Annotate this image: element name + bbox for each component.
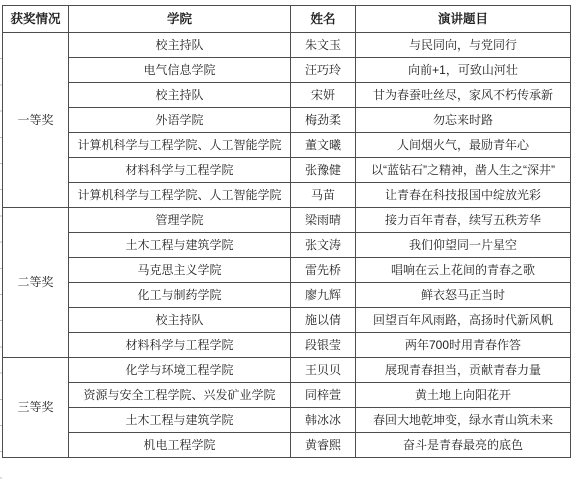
name-cell: 雷先桥 [291,258,356,283]
table-row: 材料科学与工程学院 段银莹 两年700时用青春作答 [3,333,571,358]
college-cell: 土木工程与建筑学院 [69,233,291,258]
name-cell: 朱文玉 [291,33,356,58]
table-row: 三等奖 化学与环境工程学院 王贝贝 展现青春担当，贡献青春力量 [3,358,571,383]
name-cell: 黄睿熙 [291,433,356,458]
college-cell: 材料科学与工程学院 [69,333,291,358]
header-cell-award: 获奖情况 [3,6,69,33]
topic-cell: 人间烟火气，最励青年心 [356,133,571,158]
topic-cell: 与民同向，与党同行 [356,33,571,58]
name-cell: 张文涛 [291,233,356,258]
table-row: 外语学院 梅劲柔 勿忘来时路 [3,108,571,133]
table-row: 土木工程与建筑学院 韩冰冰 春回大地乾坤变，绿水青山筑未来 [3,408,571,433]
table-row: 材料科学与工程学院 张豫健 以“蓝钻石”之精神，凿人生之“深井” [3,158,571,183]
name-cell: 张豫健 [291,158,356,183]
college-cell: 校主持队 [69,308,291,333]
topic-cell: 春回大地乾坤变，绿水青山筑未来 [356,408,571,433]
table-row: 电气信息学院 汪巧玲 向前+1，可致山河壮 [3,58,571,83]
award-results-table: 获奖情况 学院 姓名 演讲题目 一等奖 校主持队 朱文玉 与民同向，与党同行 电… [2,5,571,458]
name-cell: 段银莹 [291,333,356,358]
topic-cell: 接力百年青春，续写五秩芳华 [356,208,571,233]
header-cell-name: 姓名 [291,6,356,33]
name-cell: 宋妍 [291,83,356,108]
college-cell: 校主持队 [69,33,291,58]
header-row: 获奖情况 学院 姓名 演讲题目 [3,6,571,33]
college-cell: 资源与安全工程学院、兴发矿业学院 [69,383,291,408]
table-row: 校主持队 宋妍 甘为春蚕吐丝尽，家风不朽传承新 [3,83,571,108]
college-cell: 外语学院 [69,108,291,133]
topic-cell: 黄土地上向阳花开 [356,383,571,408]
topic-cell: 以“蓝钻石”之精神，凿人生之“深井” [356,158,571,183]
college-cell: 土木工程与建筑学院 [69,408,291,433]
topic-cell: 唱响在云上花间的青春之歌 [356,258,571,283]
name-cell: 汪巧玲 [291,58,356,83]
name-cell: 梅劲柔 [291,108,356,133]
college-cell: 计算机科学与工程学院、人工智能学院 [69,183,291,208]
college-cell: 计算机科学与工程学院、人工智能学院 [69,133,291,158]
name-cell: 韩冰冰 [291,408,356,433]
topic-cell: 勿忘来时路 [356,108,571,133]
table-row: 资源与安全工程学院、兴发矿业学院 同梓萱 黄土地上向阳花开 [3,383,571,408]
award-tier-cell-second: 二等奖 [3,208,69,358]
college-cell: 材料科学与工程学院 [69,158,291,183]
topic-cell: 展现青春担当，贡献青春力量 [356,358,571,383]
name-cell: 同梓萱 [291,383,356,408]
table-row: 土木工程与建筑学院 张文涛 我们仰望同一片星空 [3,233,571,258]
name-cell: 王贝贝 [291,358,356,383]
table-row: 校主持队 施以倩 回望百年风雨路，高扬时代新风帆 [3,308,571,333]
name-cell: 施以倩 [291,308,356,333]
topic-cell: 让青春在科技报国中绽放光彩 [356,183,571,208]
name-cell: 梁雨晴 [291,208,356,233]
award-tier-cell-third: 三等奖 [3,358,69,458]
spreadsheet-region: 获奖情况 学院 姓名 演讲题目 一等奖 校主持队 朱文玉 与民同向，与党同行 电… [0,0,576,484]
header-cell-topic: 演讲题目 [356,6,571,33]
table-row: 马克思主义学院 雷先桥 唱响在云上花间的青春之歌 [3,258,571,283]
college-cell: 化工与制药学院 [69,283,291,308]
name-cell: 董文曦 [291,133,356,158]
table-row: 一等奖 校主持队 朱文玉 与民同向，与党同行 [3,33,571,58]
topic-cell: 向前+1，可致山河壮 [356,58,571,83]
topic-cell: 回望百年风雨路，高扬时代新风帆 [356,308,571,333]
table-row: 二等奖 管理学院 梁雨晴 接力百年青春，续写五秩芳华 [3,208,571,233]
table-row: 计算机科学与工程学院、人工智能学院 马苗 让青春在科技报国中绽放光彩 [3,183,571,208]
topic-cell: 奋斗是青春最亮的底色 [356,433,571,458]
table-row: 机电工程学院 黄睿熙 奋斗是青春最亮的底色 [3,433,571,458]
college-cell: 管理学院 [69,208,291,233]
college-cell: 马克思主义学院 [69,258,291,283]
college-cell: 校主持队 [69,83,291,108]
table-row: 化工与制药学院 廖九辉 鲜衣怒马正当时 [3,283,571,308]
college-cell: 电气信息学院 [69,58,291,83]
topic-cell: 我们仰望同一片星空 [356,233,571,258]
award-tier-cell-first: 一等奖 [3,33,69,208]
college-cell: 化学与环境工程学院 [69,358,291,383]
name-cell: 马苗 [291,183,356,208]
name-cell: 廖九辉 [291,283,356,308]
header-cell-college: 学院 [69,6,291,33]
topic-cell: 鲜衣怒马正当时 [356,283,571,308]
table-row: 计算机科学与工程学院、人工智能学院 董文曦 人间烟火气，最励青年心 [3,133,571,158]
topic-cell: 甘为春蚕吐丝尽，家风不朽传承新 [356,83,571,108]
college-cell: 机电工程学院 [69,433,291,458]
topic-cell: 两年700时用青春作答 [356,333,571,358]
